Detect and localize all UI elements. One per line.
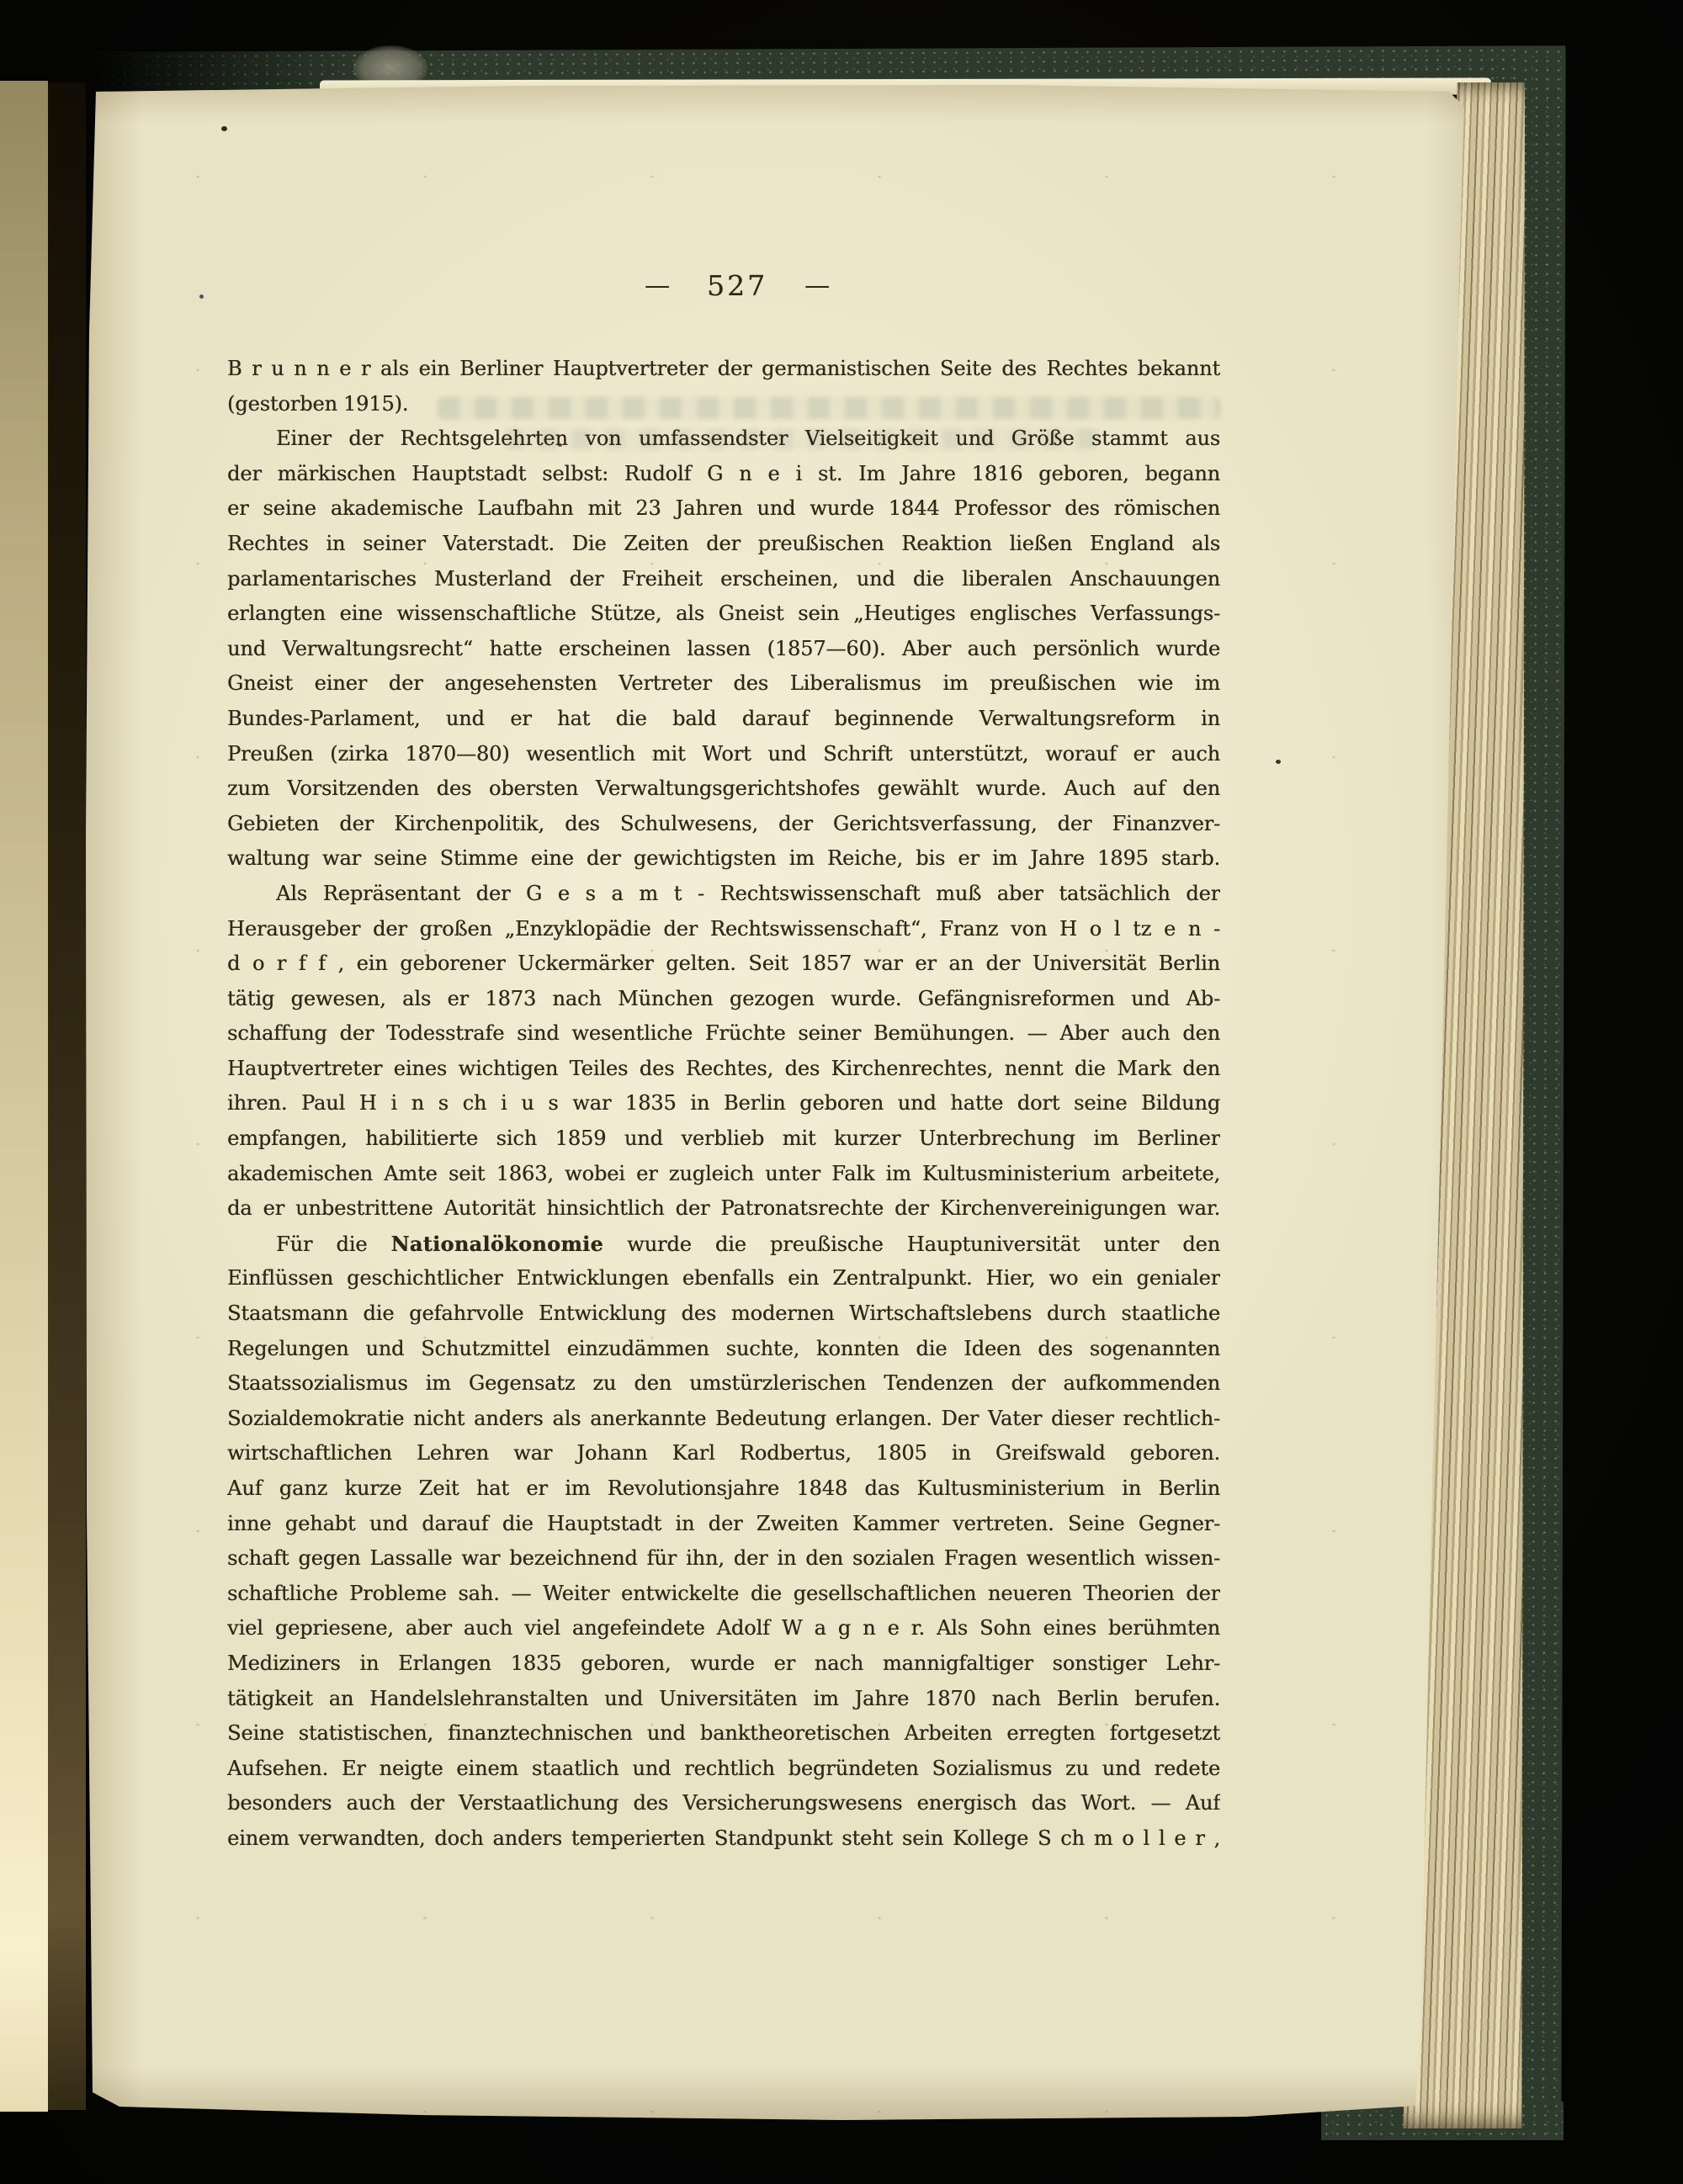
text-line: Sozialdemokratie nicht anders als anerka…: [227, 1402, 1220, 1437]
text-line: tätigkeit an Handelslehranstalten und Un…: [227, 1682, 1220, 1717]
text-line: Regelungen und Schutzmittel einzudämmen …: [227, 1332, 1220, 1367]
text-line: parlamentarisches Musterland der Freihei…: [227, 562, 1220, 597]
page-header: — 527 —: [645, 269, 830, 302]
text-line: tätig gewesen, als er 1873 nach München …: [227, 982, 1220, 1017]
text-line: und Verwaltungsrecht“ hatte erscheinen l…: [227, 632, 1220, 667]
text-line: waltung war seine Stimme eine der gewich…: [227, 841, 1220, 877]
text-line: er seine akademische Laufbahn mit 23 Jah…: [227, 491, 1220, 527]
paper-speck: [199, 294, 204, 299]
text-line: Aufsehen. Er neigte einem staatlich und …: [227, 1752, 1220, 1787]
text-line: Rechtes in seiner Vaterstadt. Die Zeiten…: [227, 527, 1220, 562]
text-line: B r u n n e r als ein Berliner Hauptvert…: [227, 352, 1220, 387]
text-line: akademischen Amte seit 1863, wobei er zu…: [227, 1157, 1220, 1192]
gutter-shadow: [48, 82, 86, 2110]
facing-page-edge: [0, 81, 48, 2112]
text-line: besonders auch der Verstaatlichung des V…: [227, 1786, 1220, 1821]
text-line: erlangten eine wissenschaftliche Stütze,…: [227, 596, 1220, 632]
text-line: empfangen, habilitierte sich 1859 und ve…: [227, 1121, 1220, 1157]
text-line: Bundes-Parlament, und er hat die bald da…: [227, 702, 1220, 737]
book-scan: — 527 — B r u n n e r als ein Berliner H…: [0, 0, 1683, 2184]
text-line: Einflüssen geschichtlicher Entwicklungen…: [227, 1261, 1220, 1296]
text-line: inne gehabt und darauf die Hauptstadt in…: [227, 1507, 1220, 1542]
text-line: Gneist einer der angesehensten Vertreter…: [227, 666, 1220, 702]
header-dash-right: —: [804, 271, 830, 300]
text-line: (gestorben 1915).: [227, 387, 1220, 422]
header-dash-left: —: [645, 271, 670, 300]
page-number: 527: [707, 269, 767, 302]
text-line: ihren. Paul H i n s ch i u s war 1835 in…: [227, 1086, 1220, 1121]
text-line: da er unbestrittene Autorität hinsichtli…: [227, 1191, 1220, 1227]
text-line: einem verwandten, doch anders temperiert…: [227, 1821, 1220, 1857]
text-line: Einer der Rechtsgelehrten von umfassends…: [227, 421, 1220, 457]
text-line: Mediziners in Erlangen 1835 geboren, wur…: [227, 1646, 1220, 1682]
text-block: B r u n n e r als ein Berliner Hauptvert…: [227, 352, 1220, 1857]
text-line: zum Vorsitzenden des obersten Verwaltung…: [227, 771, 1220, 807]
text-line: Gebieten der Kirchenpolitik, des Schulwe…: [227, 807, 1220, 842]
text-line: Staatssozialismus im Gegensatz zu den um…: [227, 1366, 1220, 1402]
paper-speck: [1276, 760, 1281, 764]
text-line: Hauptvertreter eines wichtigen Teiles de…: [227, 1052, 1220, 1087]
text-line: schaftliche Probleme sah. — Weiter entwi…: [227, 1577, 1220, 1612]
text-line: Auf ganz kurze Zeit hat er im Revolution…: [227, 1471, 1220, 1507]
text-line: viel gepriesene, aber auch viel angefein…: [227, 1611, 1220, 1646]
text-line: Für die Nationalökonomie wurde die preuß…: [227, 1227, 1220, 1262]
text-line: Als Repräsentant der G e s a m t - Recht…: [227, 877, 1220, 912]
text-line: d o r f f , ein geborener Uckermärker ge…: [227, 946, 1220, 982]
text-line: Staatsmann die gefahrvolle Entwicklung d…: [227, 1296, 1220, 1332]
paper-speck: [221, 126, 227, 131]
text-line: Seine statistischen, finanztechnischen u…: [227, 1716, 1220, 1752]
text-line: wirtschaftlichen Lehren war Johann Karl …: [227, 1436, 1220, 1471]
text-line: der märkischen Hauptstadt selbst: Rudolf…: [227, 457, 1220, 492]
text-line: schaft gegen Lassalle war bezeichnend fü…: [227, 1541, 1220, 1577]
text-line: Herausgeber der großen „Enzyklopädie der…: [227, 912, 1220, 947]
text-line: Preußen (zirka 1870—80) wesentlich mit W…: [227, 737, 1220, 772]
text-line: schaffung der Todesstrafe sind wesentlic…: [227, 1016, 1220, 1052]
